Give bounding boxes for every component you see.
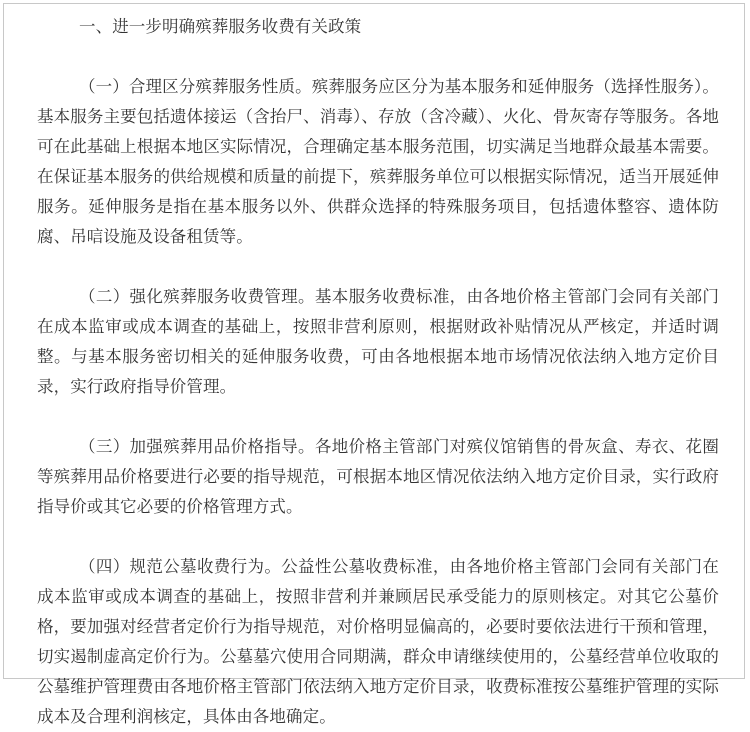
paragraph-spacer <box>37 522 719 552</box>
document-body: 一、进一步明确殡葬服务收费有关政策 （一）合理区分殡葬服务性质。殡葬服务应区分为… <box>37 12 719 685</box>
paragraph-spacer <box>37 252 719 282</box>
paragraph-basic-services: （一）合理区分殡葬服务性质。殡葬服务应区分为基本服务和延伸服务（选择性服务）。基… <box>37 72 719 252</box>
paragraph-cemetery-fees: （四）规范公墓收费行为。公益性公墓收费标准，由各地价格主管部门会同有关部门在成本… <box>37 552 719 685</box>
paragraph-funeral-goods-pricing: （三）加强殡葬用品价格指导。各地价格主管部门对殡仪馆销售的骨灰盒、寿衣、花圈等殡… <box>37 432 719 522</box>
paragraph-spacer <box>37 402 719 432</box>
paragraph-fee-management: （二）强化殡葬服务收费管理。基本服务收费标准，由各地价格主管部门会同有关部门在成… <box>37 282 719 402</box>
document-frame: 一、进一步明确殡葬服务收费有关政策 （一）合理区分殡葬服务性质。殡葬服务应区分为… <box>3 3 745 679</box>
section-heading: 一、进一步明确殡葬服务收费有关政策 <box>37 12 719 42</box>
